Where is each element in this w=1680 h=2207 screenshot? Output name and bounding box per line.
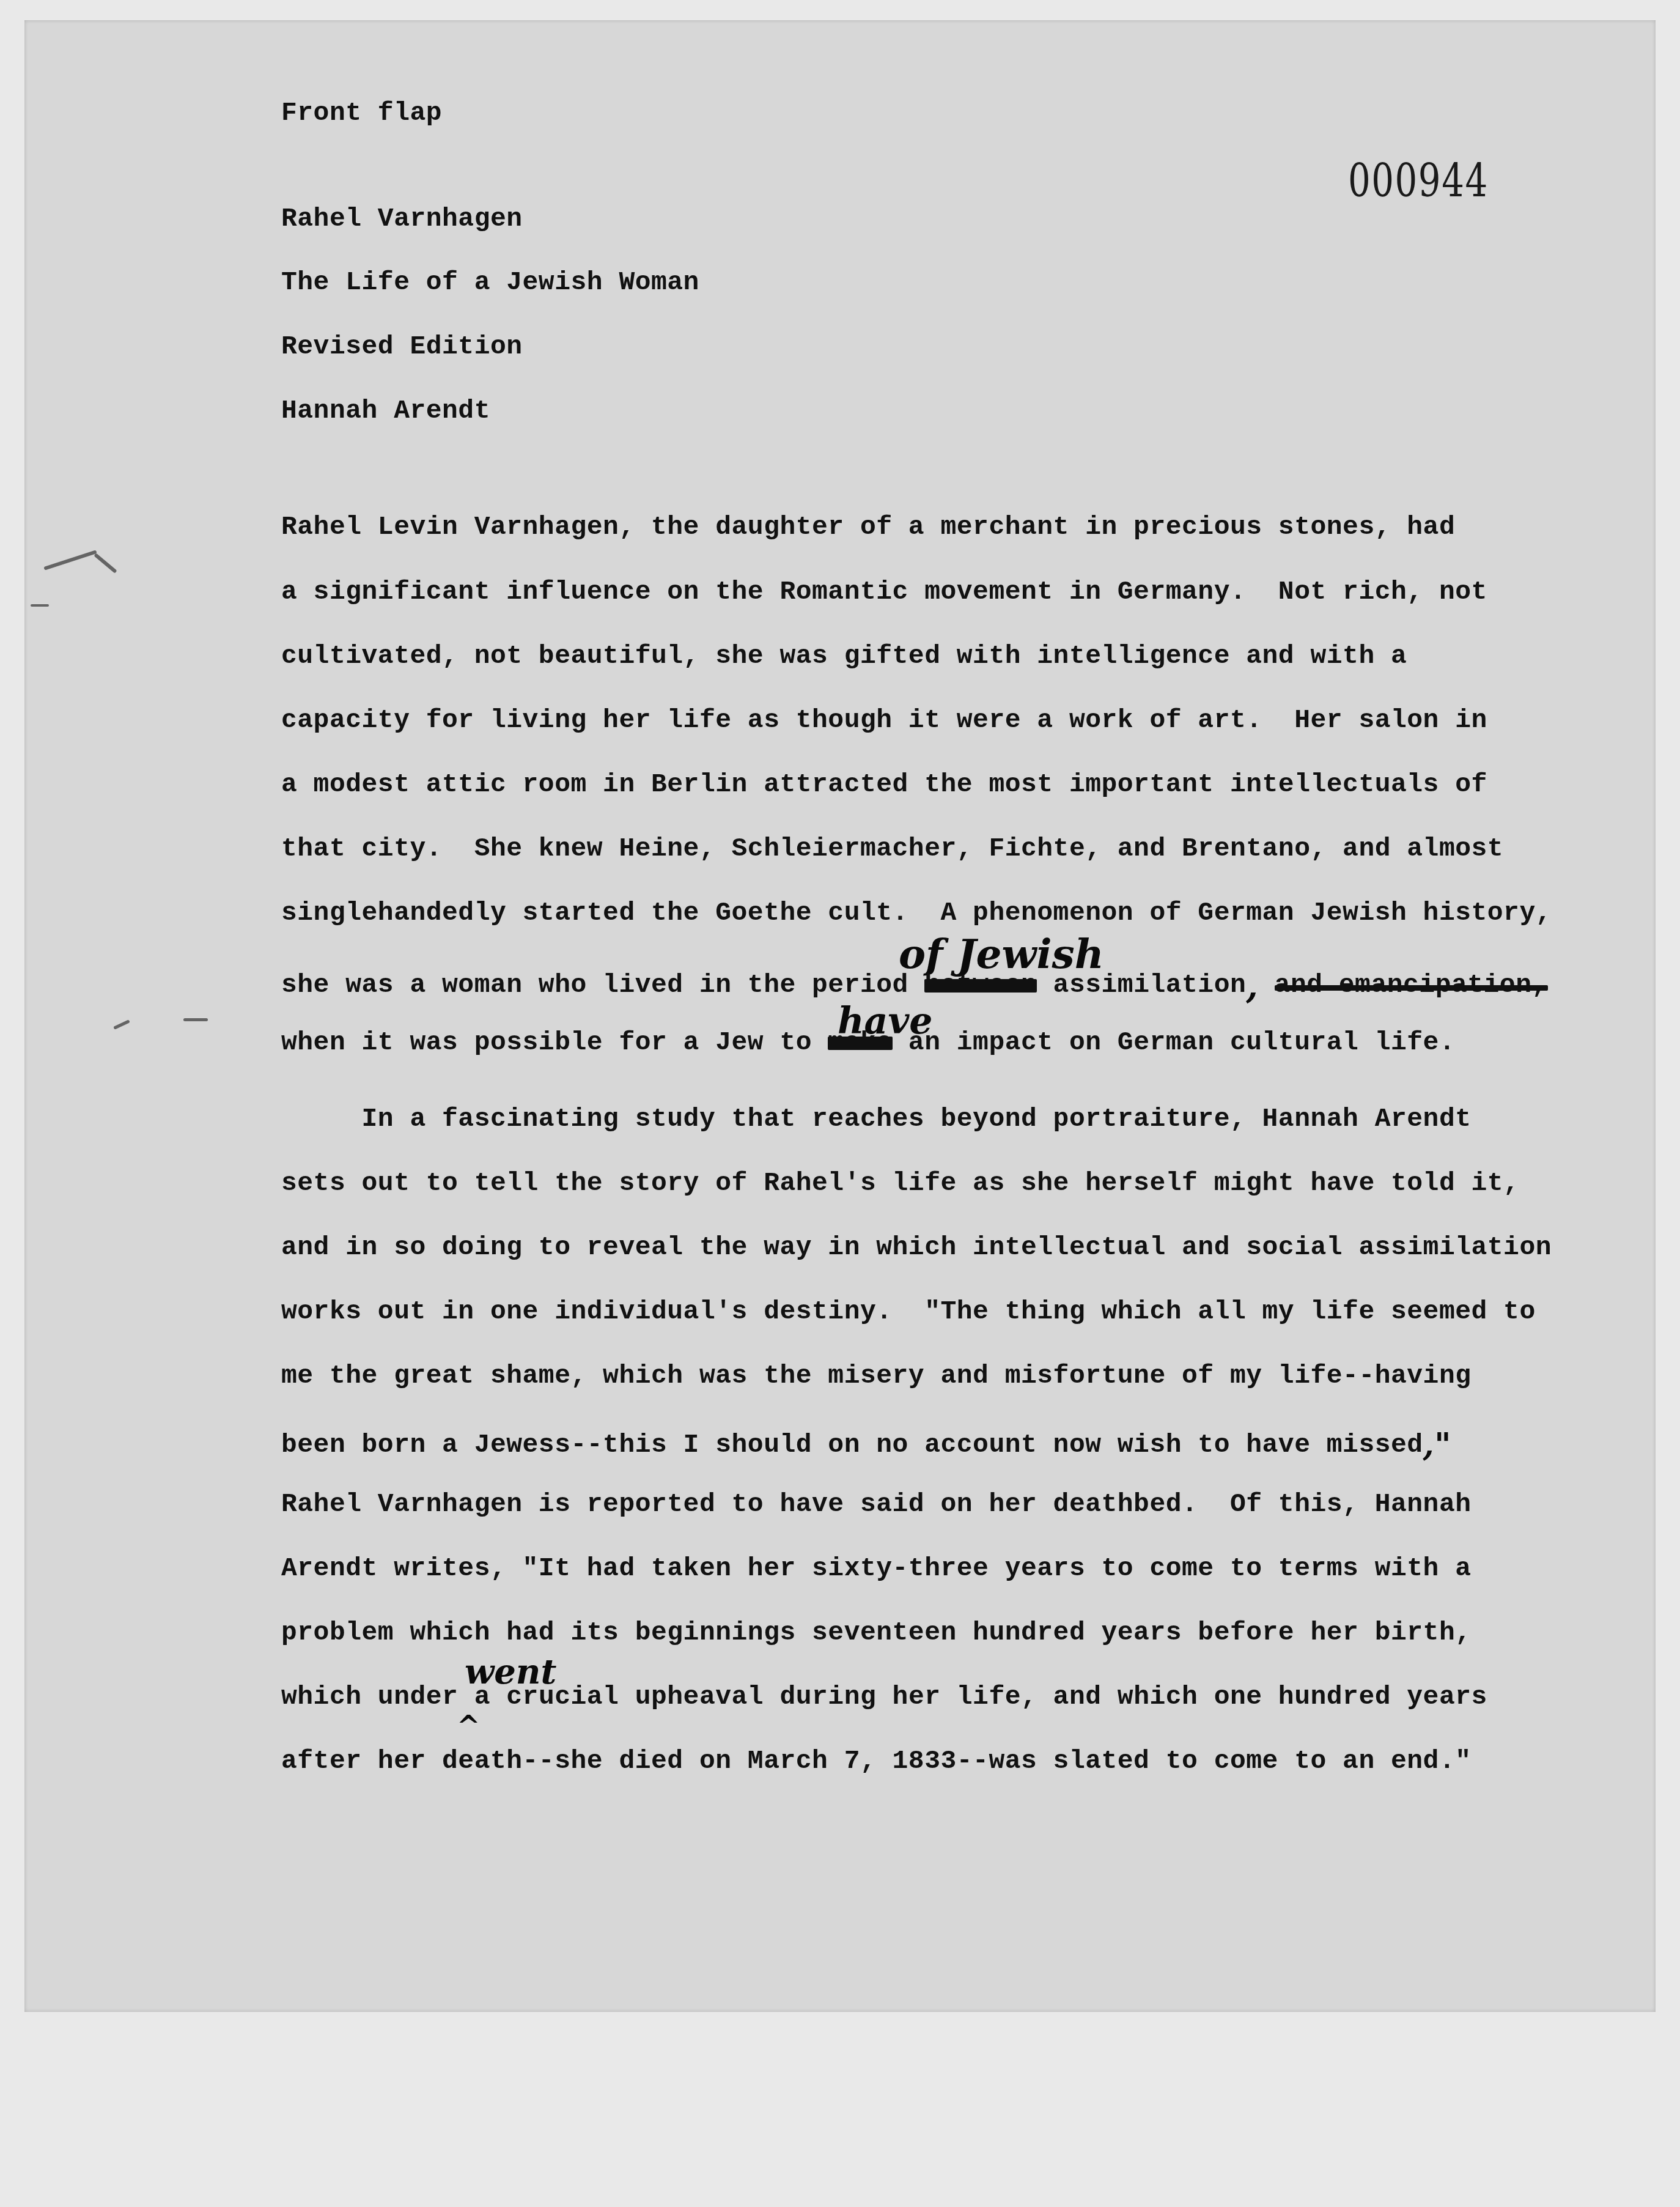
handwritten-comma: , xyxy=(1246,966,1258,1007)
document-page: Front flap 000944 Rahel Varnhagen The Li… xyxy=(24,20,1656,2012)
body-line-18: problem which had its beginnings sevente… xyxy=(281,1619,1472,1646)
line-8-text-b: assimilation xyxy=(1037,970,1246,1000)
struck-phrase-and-emancipation: and emancipation, xyxy=(1275,970,1548,1000)
archive-stamp-number: 000944 xyxy=(1348,155,1489,207)
body-line-16: Rahel Varnhagen is reported to have said… xyxy=(281,1491,1472,1517)
body-line-15: been born a Jewess--this I should on no … xyxy=(281,1425,1451,1458)
margin-mark xyxy=(113,1019,130,1029)
line-15-text: been born a Jewess--this I should on no … xyxy=(281,1430,1423,1460)
edition-label: Revised Edition xyxy=(281,333,523,360)
body-line-19: which under a crucial upheaval during he… xyxy=(281,1684,1487,1710)
book-title: Rahel Varnhagen xyxy=(281,205,523,232)
body-line-17: Arendt writes, "It had taken her sixty-t… xyxy=(281,1555,1472,1581)
author-name: Hannah Arendt xyxy=(281,397,490,424)
book-subtitle: The Life of a Jewish Woman xyxy=(281,269,699,295)
handwritten-comma-correction: ," xyxy=(1423,1426,1451,1463)
front-flap-label: Front flap xyxy=(281,100,442,126)
body-line-11: sets out to tell the story of Rahel's li… xyxy=(281,1170,1519,1196)
body-line-1: Rahel Levin Varnhagen, the daughter of a… xyxy=(281,514,1455,540)
body-line-7: singlehandedly started the Goethe cult. … xyxy=(281,900,1552,926)
line-8-text-a: she was a woman who lived in the period xyxy=(281,970,924,1000)
margin-mark xyxy=(31,604,49,607)
line-9-text-a: when it was possible for a Jew to xyxy=(281,1027,828,1057)
struck-word-between: between xyxy=(924,970,1037,1000)
body-line-5: a modest attic room in Berlin attracted … xyxy=(281,771,1487,797)
body-line-10: In a fascinating study that reaches beyo… xyxy=(281,1106,1472,1132)
body-line-12: and in so doing to reveal the way in whi… xyxy=(281,1234,1552,1260)
line-19-text-b: a crucial upheaval during her life, and … xyxy=(458,1682,1487,1712)
margin-mark xyxy=(94,553,117,574)
line-9-text-b: an impact on German cultural life. xyxy=(893,1027,1456,1057)
margin-mark xyxy=(43,550,97,571)
line-19-text-a: which under xyxy=(281,1682,458,1712)
body-line-3: cultivated, not beautiful, she was gifte… xyxy=(281,643,1407,669)
struck-word-make: make xyxy=(828,1027,892,1057)
body-line-13: works out in one individual's destiny. "… xyxy=(281,1298,1536,1325)
body-line-14: me the great shame, which was the misery… xyxy=(281,1362,1472,1389)
body-line-2: a significant influence on the Romantic … xyxy=(281,579,1487,605)
body-line-6: that city. She knew Heine, Schleiermache… xyxy=(281,835,1503,862)
body-line-8: she was a woman who lived in the period … xyxy=(281,963,1548,998)
body-line-4: capacity for living her life as though i… xyxy=(281,707,1487,733)
insertion-caret: ^ xyxy=(457,1709,481,1742)
body-line-20: after her death--she died on March 7, 18… xyxy=(281,1748,1472,1774)
margin-mark xyxy=(183,1018,208,1021)
body-line-9: when it was possible for a Jew to make a… xyxy=(281,1029,1455,1055)
